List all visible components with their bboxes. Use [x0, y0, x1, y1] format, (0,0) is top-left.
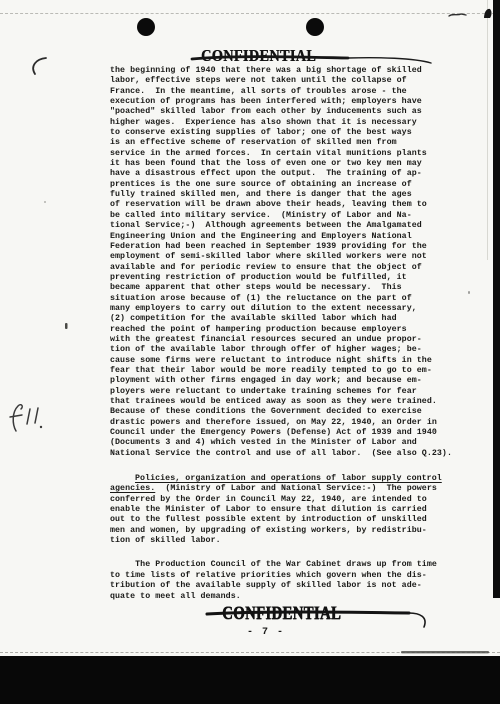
page-number: - 7 -	[247, 627, 285, 638]
scan-dotted-line-top	[0, 13, 500, 14]
document-body: the beginning of 1940 that there was a b…	[110, 66, 455, 602]
text-line: fear that their labor would be more read…	[110, 366, 455, 376]
text-line: labor, effective steps were not taken un…	[110, 76, 455, 86]
text-line: employment of semi-skilled labor where s…	[110, 252, 455, 262]
text-line: execution of programs has been interfere…	[110, 97, 455, 107]
text-line: Because of these conditions the Governme…	[110, 407, 455, 417]
paragraph-3: The Production Council of the War Cabine…	[110, 560, 455, 601]
text-line: is an effective scheme of reservation of…	[110, 138, 455, 148]
text-line: conferred by the Order in Council May 22…	[110, 495, 455, 505]
text-line: to conserve existing supplies of labor; …	[110, 128, 455, 138]
text-line: tion of the available labor through offe…	[110, 345, 455, 355]
text-line: cause some firms were reluctant to intro…	[110, 356, 455, 366]
scan-dotted-line-bottom	[0, 652, 500, 653]
text-line: out to the fullest possible extent by in…	[110, 515, 455, 525]
text-line: it has been found that the loss of even …	[110, 159, 455, 169]
section-heading-line-2: agencies. (Ministry of Labor and Nationa…	[110, 484, 455, 494]
hole-punch-dot	[137, 18, 155, 36]
text-line: have a disastrous effect upon the output…	[110, 169, 455, 179]
text-line: (Documents 3 and 4) which vested in the …	[110, 438, 455, 448]
text-line: Council under the Emergency Powers (Defe…	[110, 428, 455, 438]
text-line: drastic powers and therefore issued, on …	[110, 418, 455, 428]
section-heading-underline: agencies.	[110, 484, 155, 493]
text-line: available and for periodic review to ens…	[110, 263, 455, 273]
paragraph-1: the beginning of 1940 that there was a b…	[110, 66, 455, 459]
text-line: preventing restriction of production wou…	[110, 273, 455, 283]
text-line: service in the armed forces. In certain …	[110, 149, 455, 159]
scan-border-right	[493, 0, 500, 598]
text-line: men and women, by upgrading of existing …	[110, 526, 455, 536]
text-run: (Ministry of Labor and National Service:…	[155, 484, 437, 493]
text-line: became apparent that other steps would b…	[110, 283, 455, 293]
text-line: of reservation will be drawn above their…	[110, 200, 455, 210]
text-line: tional Service;-) Although agreements be…	[110, 221, 455, 231]
paragraph-2-lines: conferred by the Order in Council May 22…	[110, 495, 455, 547]
paragraph-2: Policies, organization and operations of…	[110, 474, 455, 546]
text-line: (2) competition for the available skille…	[110, 314, 455, 324]
text-line: that trainees would be enticed away as s…	[110, 397, 455, 407]
text-line: situation arose because of (1) the reluc…	[110, 294, 455, 304]
text-line: enable the Minister of Labor to ensure t…	[110, 505, 455, 515]
hole-punch-dot	[306, 18, 324, 36]
text-line: The Production Council of the War Cabine…	[110, 560, 455, 570]
section-heading-underline: Policies, organization and operations of…	[135, 474, 442, 483]
text-line: quate to meet all demands.	[110, 592, 455, 602]
text-line: many employers to carry out dilution to …	[110, 304, 455, 314]
text-line: prentices is the one sure source of obta…	[110, 180, 455, 190]
text-line: be called into military service. (Minist…	[110, 211, 455, 221]
scan-fold-line	[487, 0, 488, 260]
text-line: ployment with other firms engaged in day…	[110, 376, 455, 386]
text-line: tribution of the available supply of ski…	[110, 581, 455, 591]
scan-border-bottom	[0, 656, 500, 704]
scanned-document-page: CONFIDENTIAL CONFIDENTIAL the beginning …	[0, 0, 500, 704]
text-line: the beginning of 1940 that there was a b…	[110, 66, 455, 76]
text-line: with the greatest financial resources se…	[110, 335, 455, 345]
text-line: "poached" skilled labor from each other …	[110, 107, 455, 117]
margin-note-f11	[10, 405, 42, 431]
text-line: higher wages. Experience has also shown …	[110, 118, 455, 128]
margin-paren-mark	[33, 58, 46, 74]
text-line: Engineering Union and the Engineering an…	[110, 232, 455, 242]
confidential-stamp-top: CONFIDENTIAL	[201, 46, 316, 66]
text-line: fully trained skilled men, and there is …	[110, 190, 455, 200]
text-line: reached the point of hampering productio…	[110, 325, 455, 335]
text-line: ployers were reluctant to undertake trai…	[110, 387, 455, 397]
text-line: Federation had been reached in September…	[110, 242, 455, 252]
confidential-stamp-bottom: CONFIDENTIAL	[222, 604, 341, 625]
text-line: France. In the meantime, all sorts of tr…	[110, 87, 455, 97]
text-line: tion of skilled labor.	[110, 536, 455, 546]
text-line: National Service the control and use of …	[110, 449, 455, 459]
text-line: to time lists of relative priorities whi…	[110, 571, 455, 581]
section-heading-line-1: Policies, organization and operations of…	[110, 474, 455, 484]
